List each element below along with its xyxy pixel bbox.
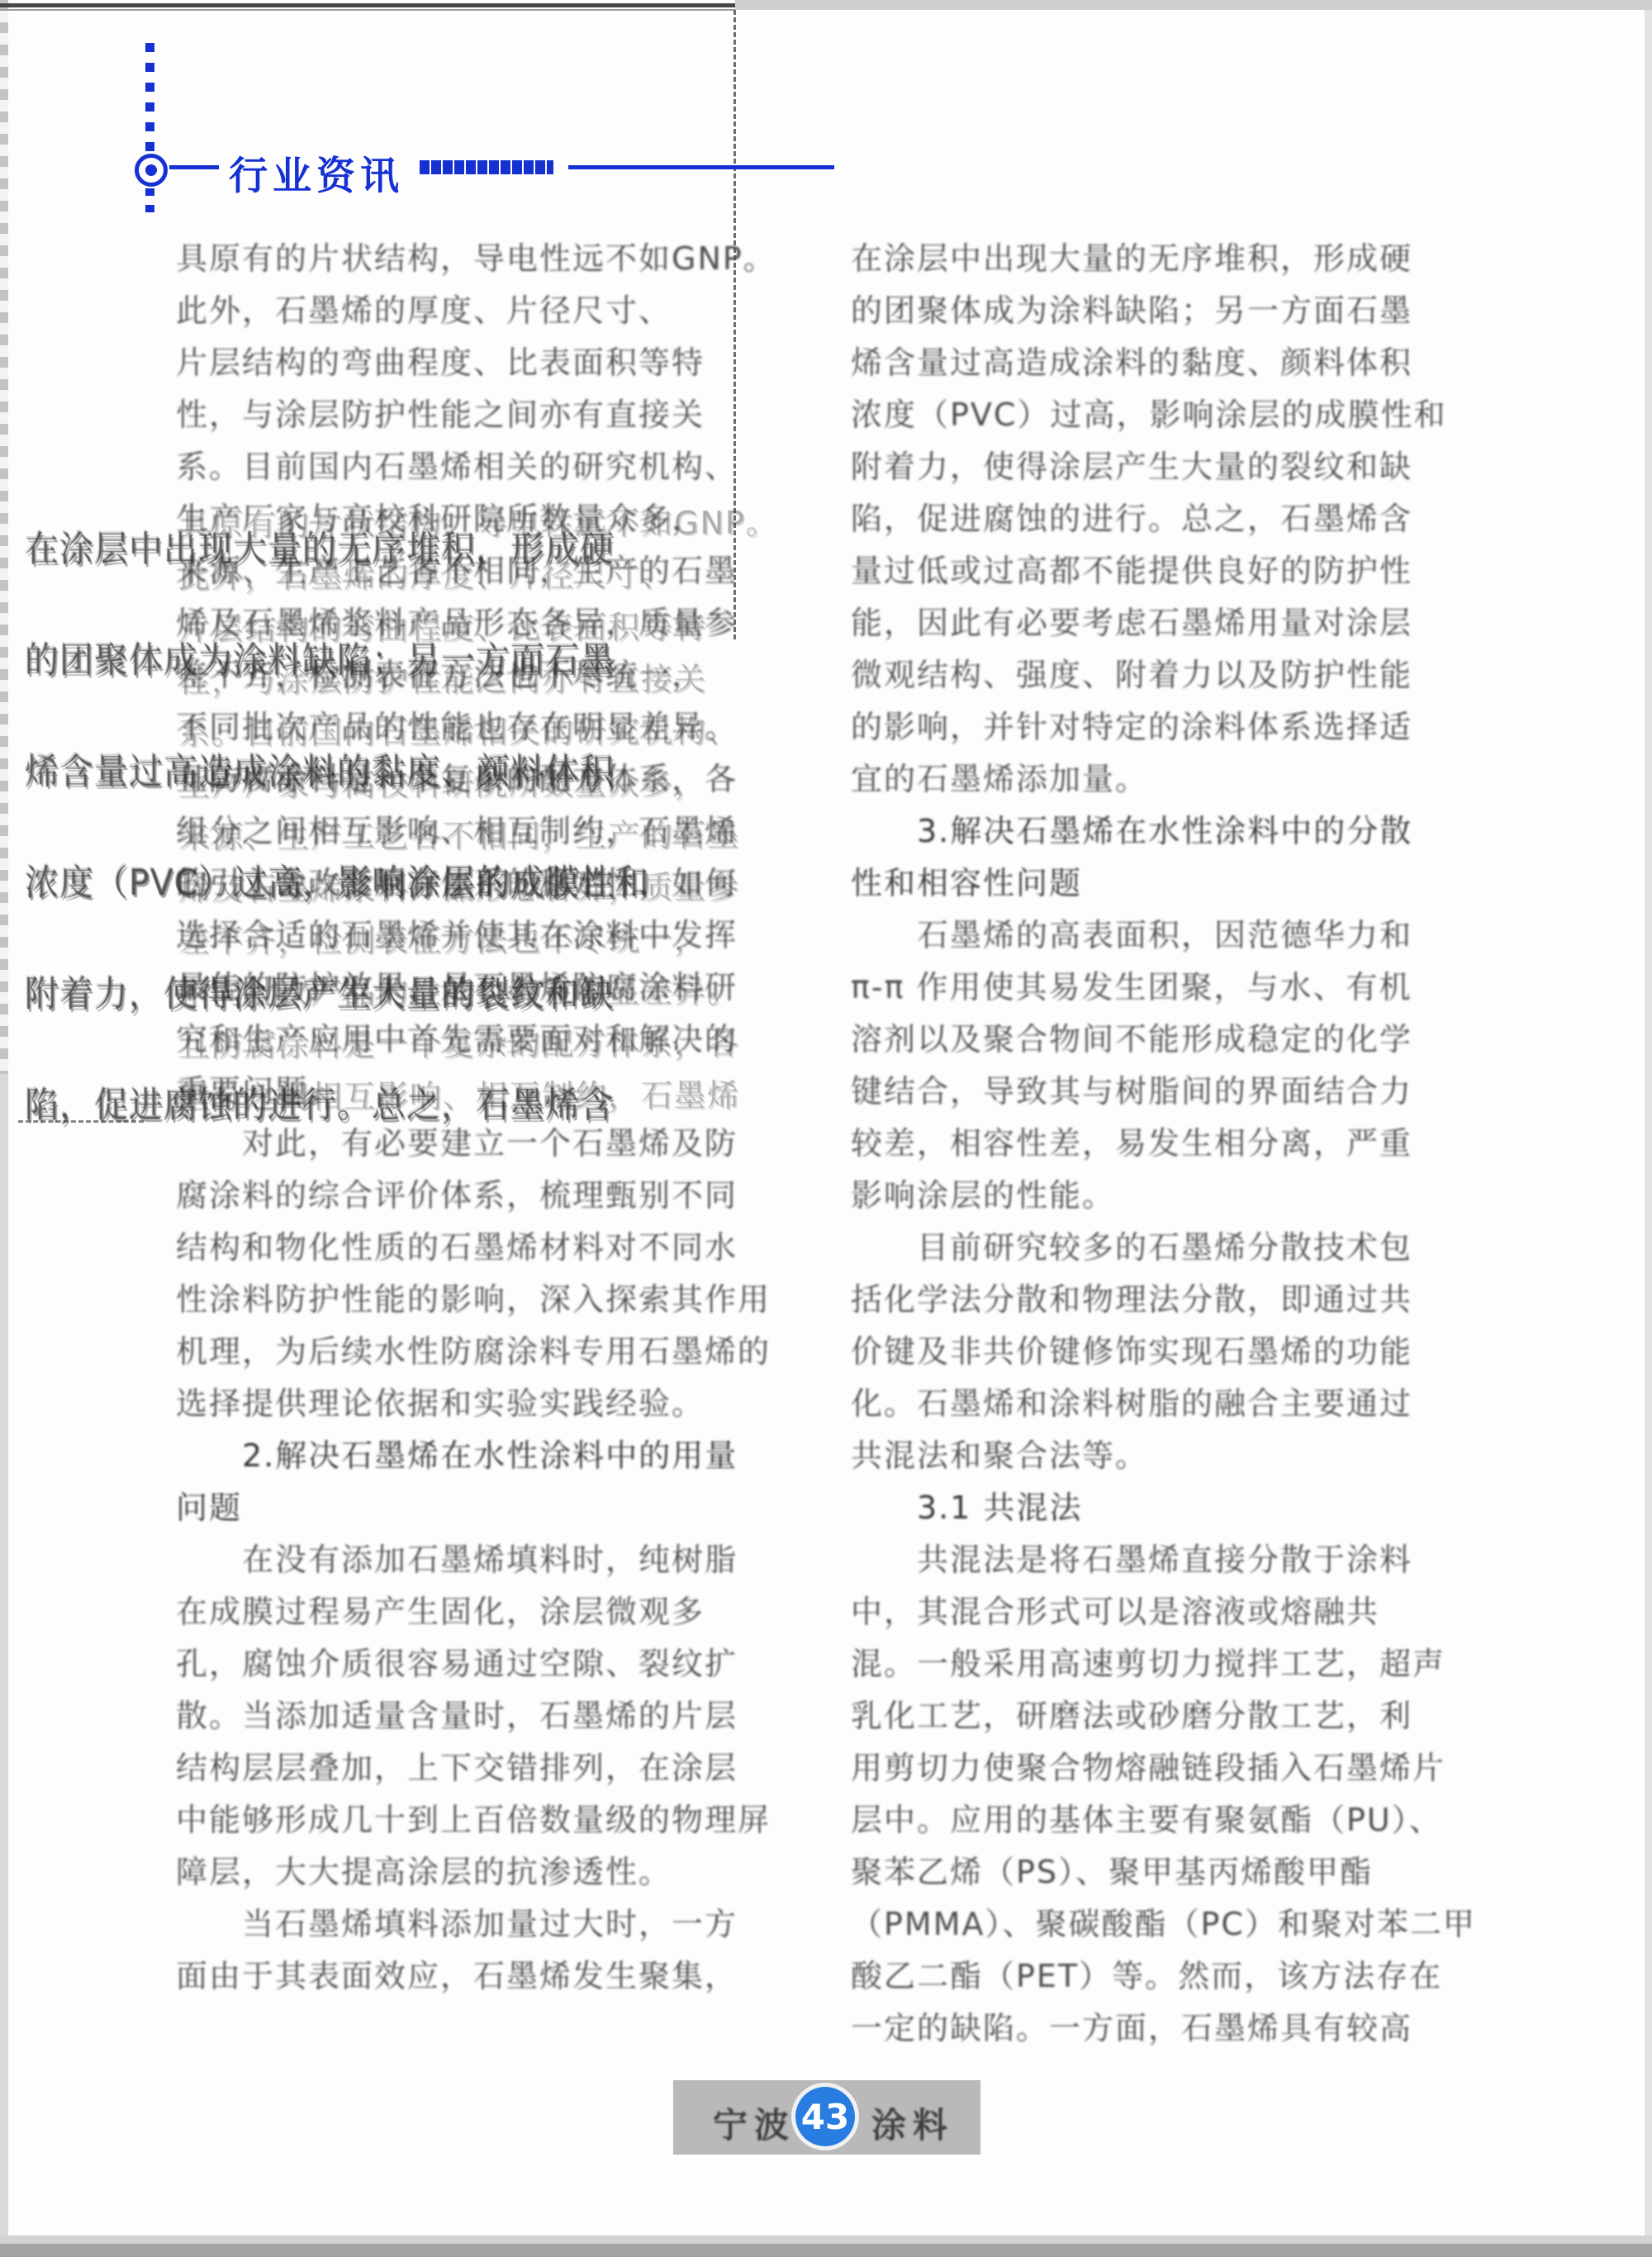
footer-journal-name-right: 涂料 — [871, 2098, 954, 2148]
text-line: 较差，相容性差，易发生相分离，严重 — [851, 1118, 1480, 1170]
text-line: 机理，为后续水性防腐涂料专用石墨烯的 — [176, 1326, 795, 1378]
header-rule-left — [169, 165, 219, 169]
text-line: 共混法是将石墨烯直接分散于涂料 — [851, 1534, 1480, 1586]
text-line: 陷，促进腐蚀的进行。总之，石墨烯含 — [851, 493, 1480, 545]
text-line: 溶剂以及聚合物间不能形成稳定的化学 — [851, 1014, 1480, 1066]
text-line: 在成膜过程易产生固化，涂层微观多 — [176, 1586, 795, 1638]
text-line: 选择提供理论依据和实验实践经验。 — [176, 1378, 795, 1430]
header-dashed-line-top — [145, 43, 154, 154]
text-line: 且防腐涂料是一个复杂的配方体系，各 — [176, 753, 795, 805]
text-line: 差不齐，检测表征方法也不尽统一， — [176, 649, 795, 701]
text-line: 烯及石墨烯浆料产品形态各异，质量参 — [176, 597, 795, 649]
text-line: 最佳的防护效果，是石墨烯防腐涂料研 — [176, 962, 795, 1014]
page-number: 43 — [801, 2097, 849, 2137]
text-line: 性，与涂层防护性能之间亦有直接关 — [176, 389, 795, 441]
text-line: 化。石墨烯和涂料树脂的融合主要通过 — [851, 1378, 1480, 1430]
text-line: 用剪切力使聚合物熔融链段插入石墨烯片 — [851, 1742, 1480, 1794]
text-line: 结构和物化性质的石墨烯材料对不同水 — [176, 1222, 795, 1274]
text-line: 混。一般采用高速剪切力搅拌工艺，超声 — [851, 1638, 1480, 1690]
scan-edge-bottom-soft — [0, 2236, 1652, 2244]
text-line: 腐涂料的综合评价体系，梳理甄别不同 — [176, 1170, 795, 1222]
text-line: 能，因此有必要考虑石墨烯用量对涂层 — [851, 597, 1480, 649]
page-number-badge: 43 — [795, 2087, 855, 2146]
text-line: 问题 — [176, 1482, 795, 1534]
text-line: 括化学法分散和物理法分散，即通过共 — [851, 1274, 1480, 1326]
header-dashed-line-bottom — [145, 188, 154, 216]
text-line: 具原有的片状结构，导电性远不如GNP。 — [176, 233, 795, 285]
scan-edge-bottom-strip — [0, 2244, 1652, 2257]
text-line: 的团聚体成为涂料缺陷；另一方面石墨 — [851, 285, 1480, 337]
text-line: 组分之间相互影响、相互制约，石墨烯 — [176, 805, 795, 858]
text-line: 重要问题。 — [176, 1066, 795, 1118]
text-line: 障层，大大提高涂层的抗渗透性。 — [176, 1846, 795, 1898]
text-line: 性涂料防护性能的影响，深入探索其作用 — [176, 1274, 795, 1326]
text-line: π-π 作用使其易发生团聚，与水、有机 — [851, 962, 1480, 1014]
text-line: 性和相容性问题 — [851, 858, 1480, 910]
text-line: 不同批次产品的性能也存在明显差异。 — [176, 701, 795, 753]
scan-edge-left-strip — [0, 1074, 8, 2257]
text-line: 的影响，并针对特定的涂料体系选择适 — [851, 701, 1480, 753]
header-square-dashes — [420, 160, 553, 174]
text-line: 烯含量过高造成涂料的黏度、颜料体积 — [851, 337, 1480, 389]
scan-edge-left-perforation — [0, 0, 8, 1074]
footer-journal-name-left: 宁波 — [713, 2098, 795, 2148]
scanned-magazine-page: 行业资讯 具原有的片状结构，导电性远不如GNP。此外，石墨烯的厚度、片径尺寸、片… — [0, 0, 1652, 2257]
text-line: 宜的石墨烯添加量。 — [851, 753, 1480, 805]
text-line: 聚苯乙烯（PS）、聚甲基丙烯酸甲酯 — [851, 1846, 1480, 1898]
article-column-right: 在涂层中出现大量的无序堆积，形成硬的团聚体成为涂料缺陷；另一方面石墨烯含量过高造… — [851, 233, 1480, 2055]
text-line: 片层结构的弯曲程度、比表面积等特 — [176, 337, 795, 389]
text-line: 究和生产应用中首先需要面对和解决的 — [176, 1014, 795, 1066]
text-line: 的引入会改变原有体系的稳定性，如何 — [176, 858, 795, 910]
text-line: 当石墨烯填料添加量过大时，一方 — [176, 1898, 795, 1951]
bullseye-icon — [135, 154, 168, 187]
text-line: 一定的缺陷。一方面，石墨烯具有较高 — [851, 2003, 1480, 2055]
text-line: 浓度（PVC）过高，影响涂层的成膜性和 — [851, 389, 1480, 441]
text-line: 价键及非共价键修饰实现石墨烯的功能 — [851, 1326, 1480, 1378]
text-line: 来源、生产工艺各不相同，生产的石墨 — [176, 545, 795, 597]
text-line: 中能够形成几十到上百倍数量级的物理屏 — [176, 1794, 795, 1846]
text-line: 散。当添加适量含量时，石墨烯的片层 — [176, 1690, 795, 1742]
text-line: 在没有添加石墨烯填料时，纯树脂 — [176, 1534, 795, 1586]
scan-top-border-line — [0, 3, 735, 7]
text-line: 此外，石墨烯的厚度、片径尺寸、 — [176, 285, 795, 337]
text-line: 3.1 共混法 — [851, 1482, 1480, 1534]
text-line: 石墨烯的高表面积，因范德华力和 — [851, 910, 1480, 962]
text-line: 在涂层中出现大量的无序堆积，形成硬 — [851, 233, 1480, 285]
text-line: 系。目前国内石墨烯相关的研究机构、 — [176, 441, 795, 493]
horizontal-fold-dashed-line — [18, 1120, 144, 1123]
text-line: 层中。应用的基体主要有聚氨酯（PU）、 — [851, 1794, 1480, 1846]
text-line: 附着力，使得涂层产生大量的裂纹和缺 — [851, 441, 1480, 493]
scan-top-border-shadow — [0, 9, 735, 11]
text-line: 中，其混合形式可以是溶液或熔融共 — [851, 1586, 1480, 1638]
text-line: 微观结构、强度、附着力以及防护性能 — [851, 649, 1480, 701]
text-line: 目前研究较多的石墨烯分散技术包 — [851, 1222, 1480, 1274]
text-line: 酸乙二酯（PET）等。然而，该方法存在 — [851, 1951, 1480, 2003]
scan-edge-top-right — [735, 0, 1652, 10]
text-line: 键结合，导致其与树脂间的界面结合力 — [851, 1066, 1480, 1118]
text-line: 3.解决石墨烯在水性涂料中的分散 — [851, 805, 1480, 858]
article-column-left: 具原有的片状结构，导电性远不如GNP。此外，石墨烯的厚度、片径尺寸、片层结构的弯… — [176, 233, 795, 2003]
text-line: 共混法和聚合法等。 — [851, 1430, 1480, 1482]
text-line: 2.解决石墨烯在水性涂料中的用量 — [176, 1430, 795, 1482]
text-line: 影响涂层的性能。 — [851, 1170, 1480, 1222]
text-line: 乳化工艺，研磨法或砂磨分散工艺，利 — [851, 1690, 1480, 1742]
text-line: 生产厂家与高校科研院所数量众多， — [176, 493, 795, 545]
header-rule-right — [568, 165, 834, 169]
text-line: 对此，有必要建立一个石墨烯及防 — [176, 1118, 795, 1170]
section-title: 行业资讯 — [229, 145, 404, 201]
text-line: 面由于其表面效应，石墨烯发生聚集， — [176, 1951, 795, 2003]
text-line: 结构层层叠加，上下交错排列，在涂层 — [176, 1742, 795, 1794]
text-line: （PMMA）、聚碳酸酯（PC）和聚对苯二甲 — [851, 1898, 1480, 1951]
bullseye-dot-icon — [145, 164, 157, 176]
footer-bar: 宁波 43 涂料 — [673, 2080, 980, 2155]
text-line: 选择合适的石墨烯并使其在涂料中发挥 — [176, 910, 795, 962]
scan-edge-right-strip — [1645, 0, 1652, 2257]
text-line: 量过低或过高都不能提供良好的防护性 — [851, 545, 1480, 597]
text-line: 孔，腐蚀介质很容易通过空隙、裂纹扩 — [176, 1638, 795, 1690]
